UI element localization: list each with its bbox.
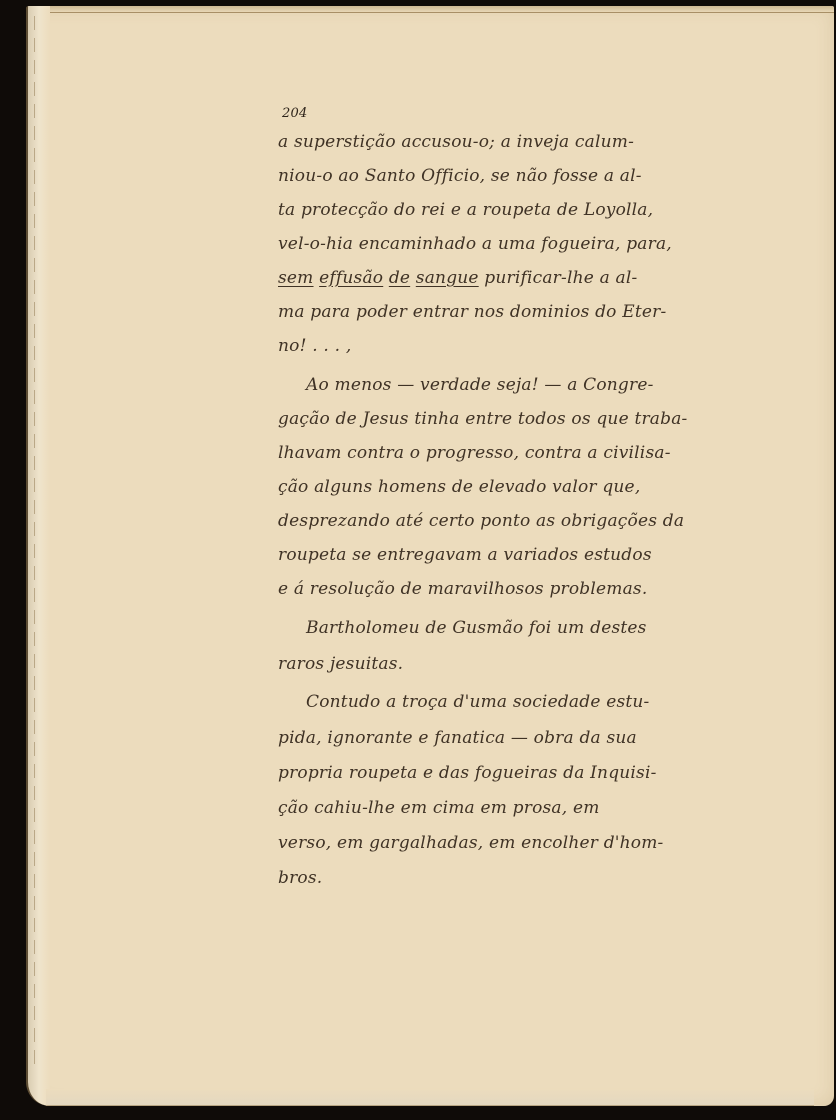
- text-line: ma para poder entrar nos dominios do Ete…: [278, 300, 666, 324]
- text-line: e á resolução de maravilhosos problemas.: [278, 577, 647, 601]
- text-line-underlined: sem effusão de sangue purificar-lhe a al…: [278, 266, 637, 290]
- underlined-word: sem: [278, 268, 314, 288]
- underlined-word: effusão: [319, 268, 383, 288]
- paragraph-start-line: Contudo a troça d'uma sociedade estu-: [306, 690, 650, 714]
- page-bottom-edge: [46, 1089, 814, 1106]
- scanned-manuscript-page: 204 a superstição accusou-o; a inveja ca…: [0, 0, 836, 1120]
- page-number: 204: [282, 106, 307, 121]
- text-line: ção alguns homens de elevado valor que,: [278, 475, 640, 499]
- text-line: gação de Jesus tinha entre todos os que …: [278, 407, 688, 431]
- underlined-word: sangue: [416, 268, 479, 288]
- page-left-edge-deckled: [26, 6, 50, 1106]
- text-line: desprezando até certo ponto as obrigaçõe…: [278, 509, 684, 533]
- text-line: verso, em gargalhadas, em encolher d'hom…: [278, 831, 664, 855]
- text-line: bros.: [278, 866, 322, 890]
- text-line: niou-o ao Santo Officio, se não fosse a …: [278, 164, 642, 188]
- text-line: ta protecção do rei e a roupeta de Loyol…: [278, 198, 653, 222]
- text-line: propria roupeta e das fogueiras da Inqui…: [278, 761, 657, 785]
- text-line: roupeta se entregavam a variados estudos: [278, 543, 652, 567]
- text-line: pida, ignorante e fanatica — obra da sua: [278, 726, 637, 750]
- text-line: a superstição accusou-o; a inveja calum-: [278, 130, 634, 154]
- paragraph-start-line: Ao menos — verdade seja! — a Congre-: [306, 373, 654, 397]
- text-line: ção cahiu-lhe em cima em prosa, em: [278, 796, 600, 820]
- text-line: lhavam contra o progresso, contra a civi…: [278, 441, 671, 465]
- paragraph-start-line: Bartholomeu de Gusmão foi um destes: [306, 616, 647, 640]
- text-line: vel-o-hia encaminhado a uma fogueira, pa…: [278, 232, 672, 256]
- text-line: no! . . . ,: [278, 334, 351, 358]
- line-remainder: purificar-lhe a al-: [479, 268, 638, 288]
- text-line: raros jesuitas.: [278, 652, 403, 676]
- underlined-word: de: [389, 268, 410, 288]
- page-top-edge: [26, 6, 834, 13]
